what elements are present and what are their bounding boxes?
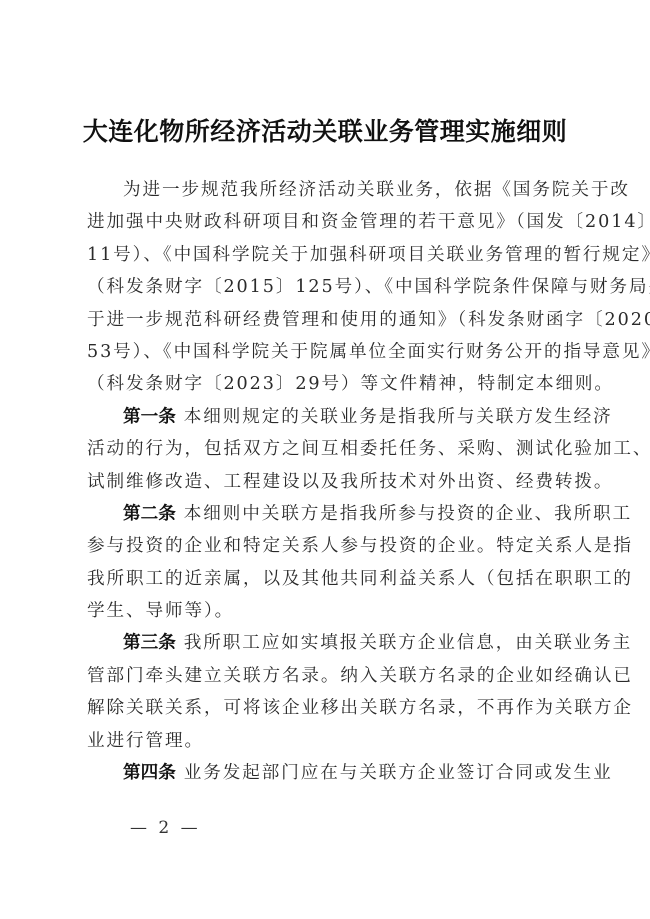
article-text: 本细则中关联方是指我所参与投资的企业、我所职工 bbox=[184, 504, 632, 524]
text-line: 试制维修改造、工程建设以及我所技术对外出资、经费转拨。 bbox=[87, 466, 565, 498]
article-4: 第四条业务发起部门应在与关联方企业签订合同或发生业 bbox=[87, 757, 565, 789]
text-line: 业进行管理。 bbox=[87, 725, 565, 757]
text-line: （科发条财字〔2023〕29号）等文件精神，特制定本细则。 bbox=[87, 368, 565, 400]
page-number: — 2 — bbox=[130, 818, 201, 838]
document-body: 为进一步规范我所经济活动关联业务，依据《国务院关于改 进加强中央财政科研项目和资… bbox=[87, 174, 565, 789]
article-label: 第一条 bbox=[123, 407, 176, 427]
text-line: 管部门牵头建立关联方名录。纳入关联方名录的企业如经确认已 bbox=[87, 660, 565, 692]
text-line: 第三条我所职工应如实填报关联方企业信息，由关联业务主 bbox=[87, 627, 565, 659]
article-text: 我所职工应如实填报关联方企业信息，由关联业务主 bbox=[184, 633, 632, 653]
text-line: 11号）、《中国科学院关于加强科研项目关联业务管理的暂行规定》 bbox=[87, 239, 565, 271]
text-line: 解除关联关系，可将该企业移出关联方名录，不再作为关联方企 bbox=[87, 692, 565, 724]
text-line: 学生、导师等）。 bbox=[87, 595, 565, 627]
article-label: 第二条 bbox=[123, 504, 176, 524]
preamble-paragraph: 为进一步规范我所经济活动关联业务，依据《国务院关于改 进加强中央财政科研项目和资… bbox=[87, 174, 565, 401]
text-line: 于进一步规范科研经费管理和使用的通知》（科发条财函字〔2020〕 bbox=[87, 304, 565, 336]
document-title: 大连化物所经济活动关联业务管理实施细则 bbox=[0, 112, 650, 148]
article-label: 第三条 bbox=[123, 633, 176, 653]
text-line: 53号）、《中国科学院关于院属单位全面实行财务公开的指导意见》 bbox=[87, 336, 565, 368]
text-line: 第四条业务发起部门应在与关联方企业签订合同或发生业 bbox=[87, 757, 565, 789]
text-line: 第二条本细则中关联方是指我所参与投资的企业、我所职工 bbox=[87, 498, 565, 530]
article-1: 第一条本细则规定的关联业务是指我所与关联方发生经济 活动的行为，包括双方之间互相… bbox=[87, 401, 565, 498]
article-text: 本细则规定的关联业务是指我所与关联方发生经济 bbox=[184, 407, 613, 427]
text-line: 第一条本细则规定的关联业务是指我所与关联方发生经济 bbox=[87, 401, 565, 433]
text-line: （科发条财字〔2015〕125号）、《中国科学院条件保障与财务局关 bbox=[87, 271, 565, 303]
text-line: 进加强中央财政科研项目和资金管理的若干意见》（国发〔2014〕 bbox=[87, 206, 565, 238]
text-line: 参与投资的企业和特定关系人参与投资的企业。特定关系人是指 bbox=[87, 530, 565, 562]
article-2: 第二条本细则中关联方是指我所参与投资的企业、我所职工 参与投资的企业和特定关系人… bbox=[87, 498, 565, 628]
article-label: 第四条 bbox=[123, 763, 176, 783]
text-line: 我所职工的近亲属，以及其他共同利益关系人（包括在职职工的 bbox=[87, 563, 565, 595]
article-text: 业务发起部门应在与关联方企业签订合同或发生业 bbox=[184, 763, 613, 783]
text-line: 为进一步规范我所经济活动关联业务，依据《国务院关于改 bbox=[87, 174, 565, 206]
article-3: 第三条我所职工应如实填报关联方企业信息，由关联业务主 管部门牵头建立关联方名录。… bbox=[87, 627, 565, 757]
text-line: 活动的行为，包括双方之间互相委托任务、采购、测试化验加工、 bbox=[87, 433, 565, 465]
